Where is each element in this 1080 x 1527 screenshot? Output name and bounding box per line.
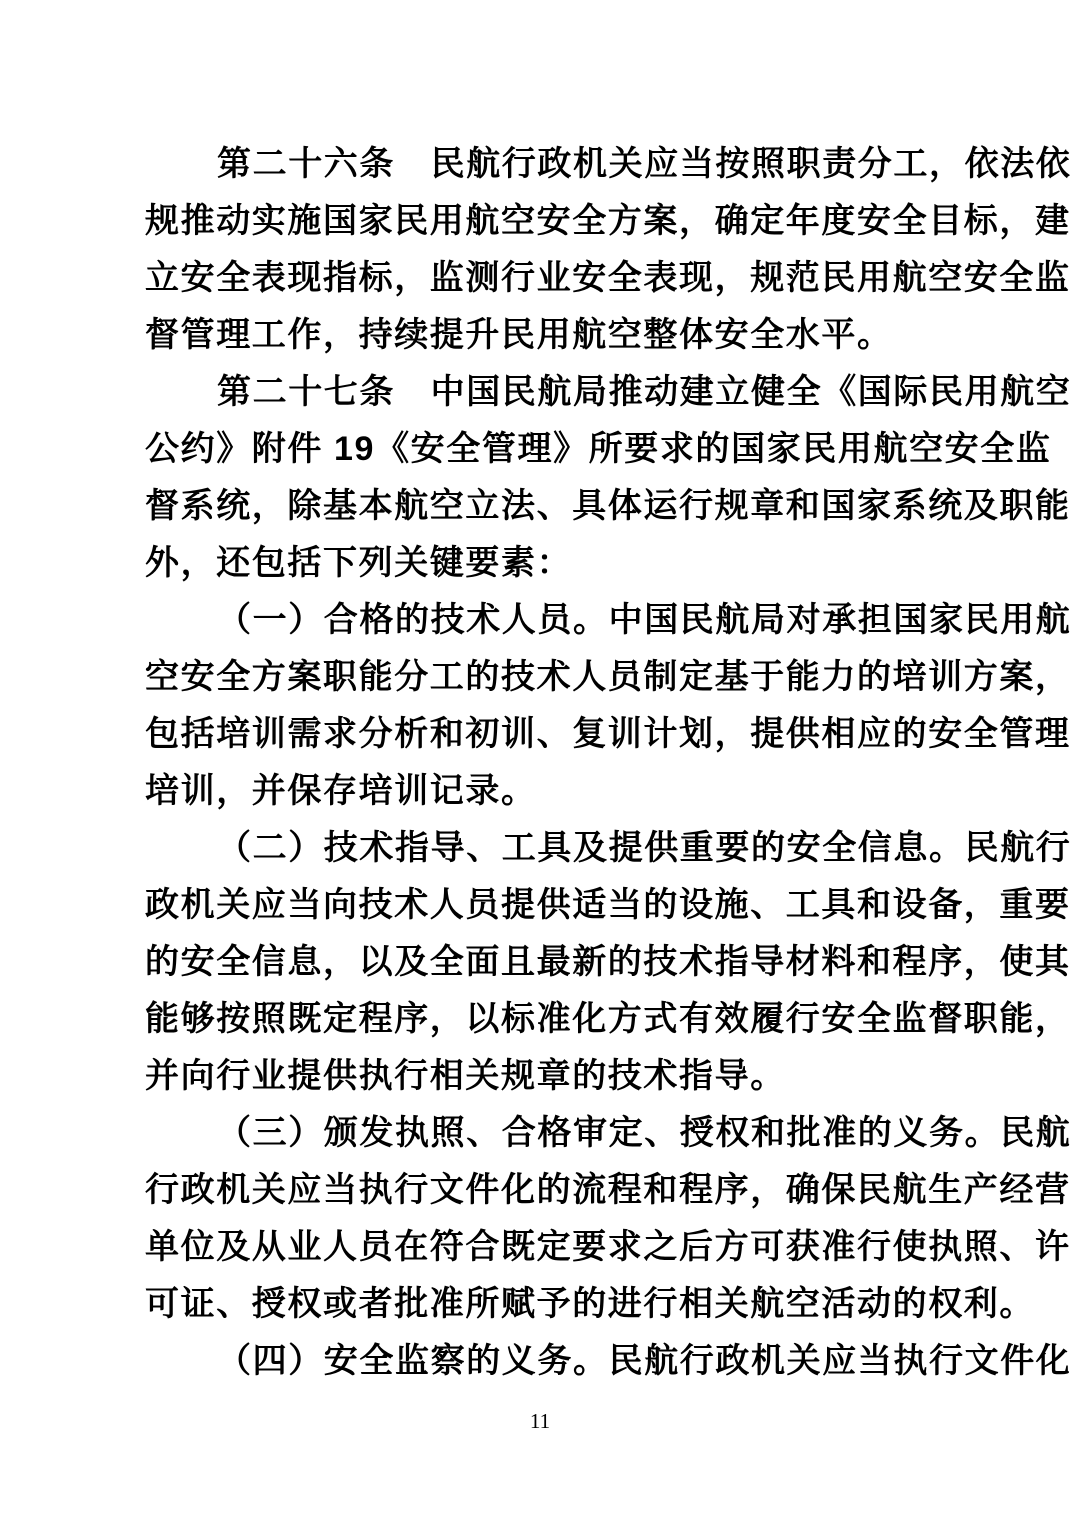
paragraph-item-1: （一）合格的技术人员。中国民航局对承担国家民用航 空安全方案职能分工的技术人员制… [145,592,937,820]
text-line: 可证、授权或者批准所赋予的进行相关航空活动的权利。 [145,1276,937,1333]
text-line: 培训，并保存培训记录。 [145,763,937,820]
text-line: 并向行业提供执行相关规章的技术指导。 [145,1048,937,1105]
text-line: 公约》附件 19《安全管理》所要求的国家民用航空安全监 [145,421,937,478]
text-line: 单位及从业人员在符合既定要求之后方可获准行使执照、许 [145,1219,937,1276]
text-line: （二）技术指导、工具及提供重要的安全信息。民航行 [145,820,937,877]
text-line: （三）颁发执照、合格审定、授权和批准的义务。民航 [145,1105,937,1162]
text-line: 第二十七条 中国民航局推动建立健全《国际民用航空 [145,364,937,421]
text-line: 立安全表现指标，监测行业安全表现，规范民用航空安全监 [145,250,937,307]
document-body: 第二十六条 民航行政机关应当按照职责分工，依法依 规推动实施国家民用航空安全方案… [145,136,937,1390]
text-line: 的安全信息，以及全面且最新的技术指导材料和程序，使其 [145,934,937,991]
paragraph-article-26: 第二十六条 民航行政机关应当按照职责分工，依法依 规推动实施国家民用航空安全方案… [145,136,937,364]
text-line: 行政机关应当执行文件化的流程和程序，确保民航生产经营 [145,1162,937,1219]
text-line: （一）合格的技术人员。中国民航局对承担国家民用航 [145,592,937,649]
text-line: 规推动实施国家民用航空安全方案，确定年度安全目标，建 [145,193,937,250]
paragraph-item-3: （三）颁发执照、合格审定、授权和批准的义务。民航 行政机关应当执行文件化的流程和… [145,1105,937,1333]
text-line: 第二十六条 民航行政机关应当按照职责分工，依法依 [145,136,937,193]
paragraph-item-4: （四）安全监察的义务。民航行政机关应当执行文件化 [145,1333,937,1390]
text-line: （四）安全监察的义务。民航行政机关应当执行文件化 [145,1333,937,1390]
text-line: 政机关应当向技术人员提供适当的设施、工具和设备，重要 [145,877,937,934]
text-line: 督系统，除基本航空立法、具体运行规章和国家系统及职能 [145,478,937,535]
text-line: 包括培训需求分析和初训、复训计划，提供相应的安全管理 [145,706,937,763]
text-line: 外，还包括下列关键要素： [145,535,937,592]
text-line: 能够按照既定程序，以标准化方式有效履行安全监督职能， [145,991,937,1048]
paragraph-article-27: 第二十七条 中国民航局推动建立健全《国际民用航空 公约》附件 19《安全管理》所… [145,364,937,592]
text-line: 督管理工作，持续提升民用航空整体安全水平。 [145,307,937,364]
text-line: 空安全方案职能分工的技术人员制定基于能力的培训方案， [145,649,937,706]
document-page: 第二十六条 民航行政机关应当按照职责分工，依法依 规推动实施国家民用航空安全方案… [0,0,1080,1527]
page-number: 11 [0,1406,1080,1436]
paragraph-item-2: （二）技术指导、工具及提供重要的安全信息。民航行 政机关应当向技术人员提供适当的… [145,820,937,1105]
